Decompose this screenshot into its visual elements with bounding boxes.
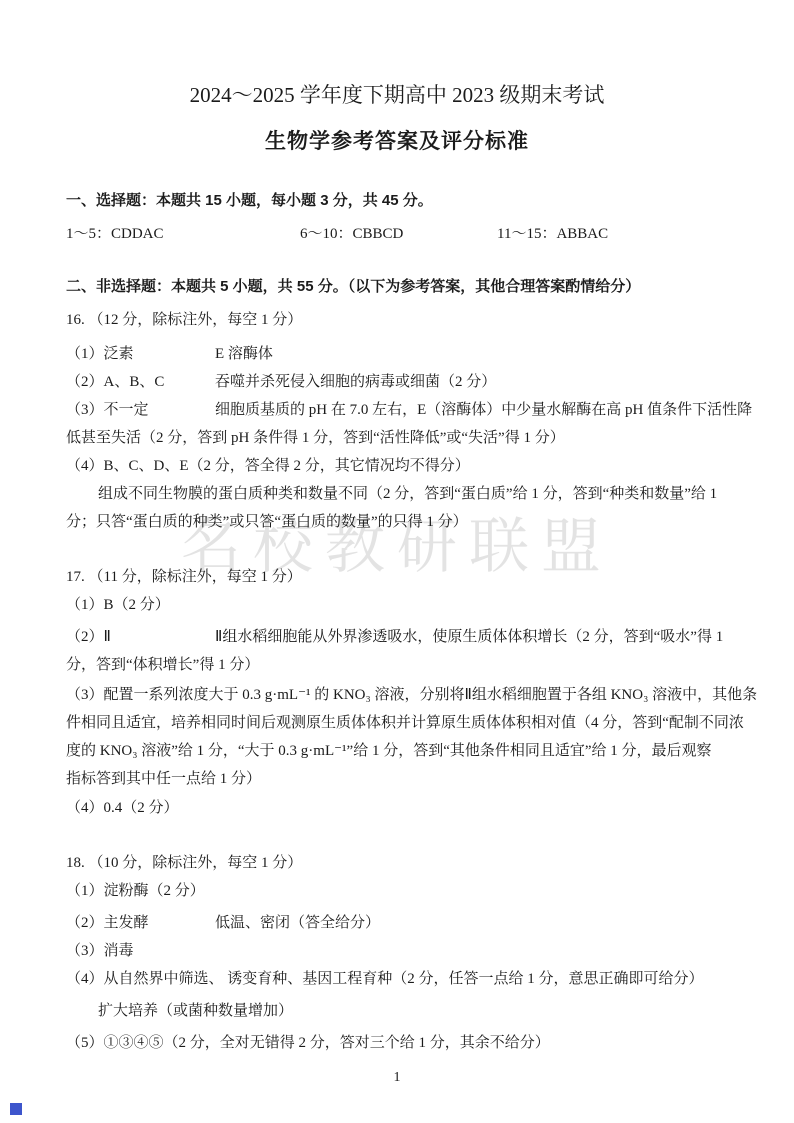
- q17-header: 17. （11 分，除标注外，每空 1 分）: [66, 565, 734, 589]
- q17-answer-2-continued: 分，答到“体积增长”得 1 分）: [66, 653, 734, 677]
- q16-answer-2: （2）A、B、C 吞噬并杀死侵入细胞的病毒或细菌（2 分）: [66, 370, 734, 394]
- q17-answer-2-label: （2）Ⅱ: [66, 625, 111, 649]
- q16-answer-3-value: 细胞质基质的 pH 在 7.0 左右，E（溶酶体）中少量水解酶在高 pH 值条件…: [215, 398, 752, 422]
- q16-answer-1: （1）泛素 E 溶酶体: [66, 342, 734, 366]
- page-subtitle: 生物学参考答案及评分标准: [0, 127, 794, 157]
- q16-answer-3: （3）不一定 细胞质基质的 pH 在 7.0 左右，E（溶酶体）中少量水解酶在高…: [66, 398, 734, 422]
- q17-answer-4: （4）0.4（2 分）: [66, 796, 734, 820]
- free-response-section-heading: 二、非选择题：本题共 5 小题，共 55 分。（以下为参考答案，其他合理答案酌情…: [66, 275, 734, 299]
- choice-answers-6-10: 6～10：CBBCD: [300, 222, 403, 246]
- q18-answer-5: （5）①③④⑤（2 分，全对无错得 2 分，答对三个给 1 分，其余不给分）: [66, 1031, 734, 1055]
- q17-answer-3-line4: 指标答到其中任一点给 1 分）: [66, 767, 734, 791]
- q16-answer-4-note-line1: 组成不同生物膜的蛋白质种类和数量不同（2 分，答到“蛋白质”给 1 分，答到“种…: [66, 482, 734, 506]
- q18-answer-4: （4）从自然界中筛选、 诱变育种、基因工程育种（2 分，任答一点给 1 分，意思…: [66, 967, 734, 991]
- q18-answer-2-label: （2）主发酵: [66, 911, 149, 935]
- q18-answer-3: （3）消毒: [66, 939, 734, 963]
- q17-answer-3-line1: （3）配置一系列浓度大于 0.3 g·mL⁻¹ 的 KNO₃ 溶液，分别将Ⅱ组水…: [66, 683, 734, 707]
- q16-header: 16. （12 分，除标注外，每空 1 分）: [66, 308, 734, 332]
- page-title: 2024～2025 学年度下期高中 2023 级期末考试: [0, 80, 794, 110]
- corner-marker: [10, 1103, 22, 1115]
- q16-answer-3-label: （3）不一定: [66, 398, 149, 422]
- choice-section-heading: 一、选择题：本题共 15 小题，每小题 3 分，共 45 分。: [66, 189, 734, 213]
- page-number: 1: [0, 1068, 794, 1088]
- q16-answer-2-value: 吞噬并杀死侵入细胞的病毒或细菌（2 分）: [215, 370, 496, 394]
- q16-answer-2-label: （2）A、B、C: [66, 370, 164, 394]
- exam-answer-sheet-page: 名校教研联盟 2024～2025 学年度下期高中 2023 级期末考试 生物学参…: [0, 0, 794, 1123]
- q18-header: 18. （10 分，除标注外，每空 1 分）: [66, 851, 734, 875]
- q18-answer-2: （2）主发酵 低温、密闭（答全给分）: [66, 911, 734, 935]
- q17-answer-2-value: Ⅱ组水稻细胞能从外界渗透吸水，使原生质体体积增长（2 分，答到“吸水”得 1: [215, 625, 723, 649]
- q17-answer-3-line3: 度的 KNO₃ 溶液”给 1 分，“大于 0.3 g·mL⁻¹”给 1 分，答到…: [66, 739, 734, 763]
- q16-answer-1-value: E 溶酶体: [215, 342, 273, 366]
- choice-answers-row: 1～5：CDDAC 6～10：CBBCD 11～15：ABBAC: [66, 222, 734, 246]
- q16-answer-4: （4）B、C、D、E（2 分，答全得 2 分，其它情况均不得分）: [66, 454, 734, 478]
- q18-answer-4-continued: 扩大培养（或菌种数量增加）: [66, 999, 734, 1023]
- q17-answer-3-line2: 件相同且适宜，培养相同时间后观测原生质体体积并计算原生质体体积相对值（4 分，答…: [66, 711, 734, 735]
- q17-answer-1: （1）B（2 分）: [66, 593, 734, 617]
- choice-answers-11-15: 11～15：ABBAC: [497, 222, 608, 246]
- q16-answer-1-label: （1）泛素: [66, 342, 134, 366]
- q16-answer-4-note-line2: 分；只答“蛋白质的种类”或只答“蛋白质的数量”的只得 1 分）: [66, 510, 734, 534]
- q18-answer-1: （1）淀粉酶（2 分）: [66, 879, 734, 903]
- q17-answer-2: （2）Ⅱ Ⅱ组水稻细胞能从外界渗透吸水，使原生质体体积增长（2 分，答到“吸水”…: [66, 625, 734, 649]
- q16-answer-3-continued: 低甚至失活（2 分，答到 pH 条件得 1 分，答到“活性降低”或“失活”得 1…: [66, 426, 734, 450]
- choice-answers-1-5: 1～5：CDDAC: [66, 222, 164, 246]
- q18-answer-2-value: 低温、密闭（答全给分）: [215, 911, 380, 935]
